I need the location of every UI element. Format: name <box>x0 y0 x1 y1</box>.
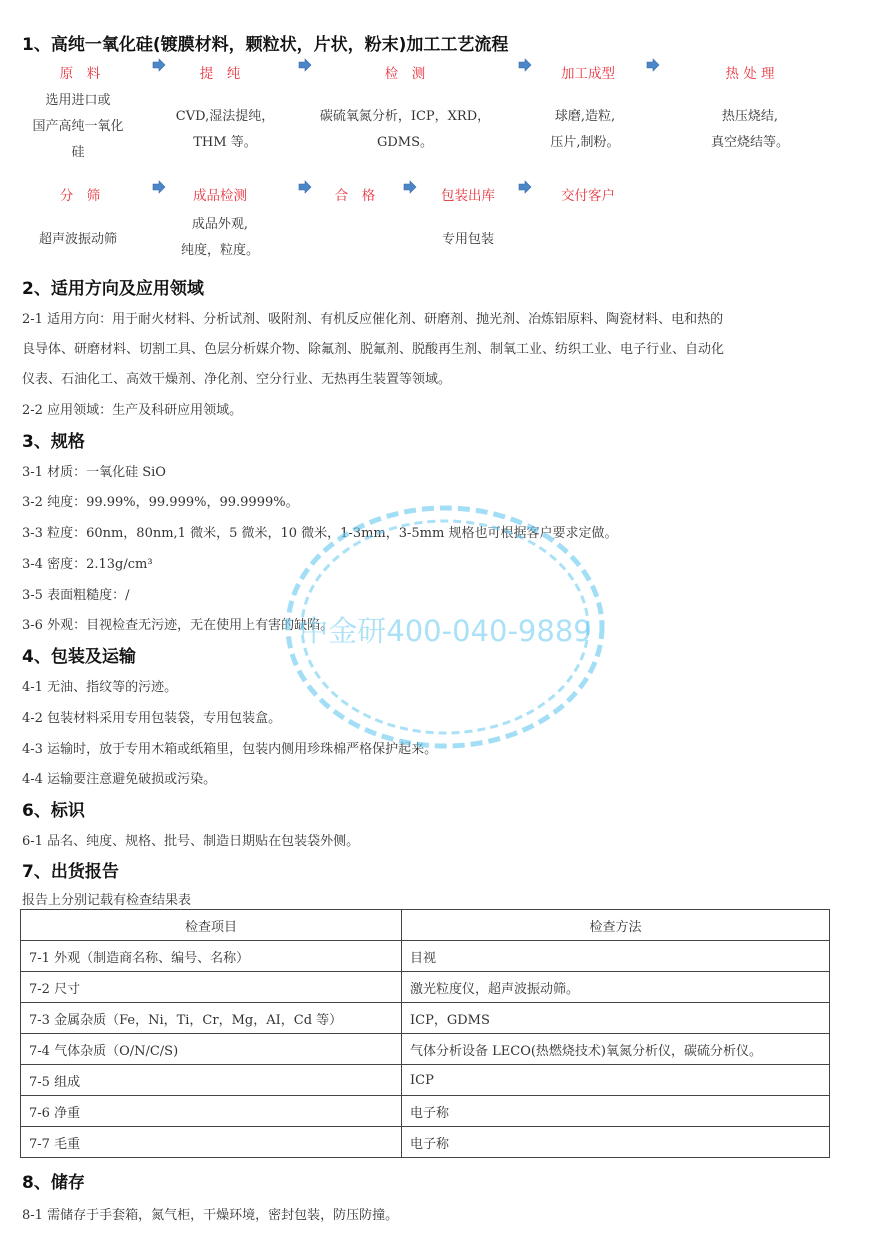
flow-step-heat-treatment: 热 处 理 <box>710 62 790 82</box>
section4-title: 4、包装及运输 <box>22 642 136 667</box>
spec-purity: 3-2 纯度：99.99%，99.999%，99.9999%。 <box>22 491 299 510</box>
right-arrow-icon <box>646 58 660 72</box>
right-arrow-icon <box>298 180 312 194</box>
packing-line: 4-2 包装材料采用专用包装袋，专用包装盒。 <box>22 707 281 726</box>
section3-title: 3、规格 <box>22 427 85 452</box>
packing-line: 4-1 无油、指纹等的污迹。 <box>22 676 177 695</box>
table-row: 7-5 组成 ICP <box>21 1065 830 1096</box>
right-arrow-icon <box>518 58 532 72</box>
table-cell: 7-3 金属杂质（Fe，Ni，Ti，Cr，Mg，AI，Cd 等） <box>21 1003 402 1034</box>
table-row: 7-1 外观（制造商名称、编号、名称） 目视 <box>21 941 830 972</box>
flow-step-packing: 包装出库 <box>428 184 508 204</box>
inspection-table: 检查项目 检查方法 7-1 外观（制造商名称、编号、名称） 目视 7-2 尺寸 … <box>20 909 830 1158</box>
flow-step-raw-material: 原 料 <box>40 62 120 82</box>
section2-line: 良导体、研磨材料、切割工具、色层分析媒介物、除氟剂、脱氟剂、脱酸再生剂、制氧工业… <box>22 338 724 357</box>
table-header-row: 检查项目 检查方法 <box>21 910 830 941</box>
right-arrow-icon <box>518 180 532 194</box>
table-cell: 7-5 组成 <box>21 1065 402 1096</box>
spec-material: 3-1 材质：一氧化硅 SiO <box>22 461 166 480</box>
flow-desc-purification: CVD,湿法提纯， THM 等。 <box>165 104 285 156</box>
section2-line: 仪表、石油化工、高效干燥剂、净化剂、空分行业、无热再生装置等领域。 <box>22 368 451 387</box>
flow-step-delivery: 交付客户 <box>548 184 628 204</box>
flow-desc-heat-treatment: 热压烧结, 真空烧结等。 <box>690 104 810 156</box>
spec-roughness: 3-5 表面粗糙度：/ <box>22 584 129 603</box>
flow-desc-forming: 球磨,造粒, 压片,制粉。 <box>540 104 630 156</box>
table-cell: 7-2 尺寸 <box>21 972 402 1003</box>
right-arrow-icon <box>298 58 312 72</box>
table-cell: 电子称 <box>402 1127 830 1158</box>
table-row: 7-2 尺寸 激光粒度仪，超声波振动筛。 <box>21 972 830 1003</box>
flow-desc-sieving: 超声波振动筛 <box>18 227 138 253</box>
table-cell: 气体分析设备 LECO(热燃烧技术)氧氮分析仪，碳硫分析仪。 <box>402 1034 830 1065</box>
flow-step-qualified: 合 格 <box>315 184 395 204</box>
table-cell: 目视 <box>402 941 830 972</box>
table-header: 检查项目 <box>21 910 402 941</box>
flow-step-forming: 加工成型 <box>548 62 628 82</box>
table-row: 7-3 金属杂质（Fe，Ni，Ti，Cr，Mg，AI，Cd 等） ICP，GDM… <box>21 1003 830 1034</box>
table-cell: 激光粒度仪，超声波振动筛。 <box>402 972 830 1003</box>
table-cell: 7-1 外观（制造商名称、编号、名称） <box>21 941 402 972</box>
spec-particle-size: 3-3 粒度：60nm，80nm,1 微米，5 微米，10 微米，1-3mm，3… <box>22 522 617 541</box>
flow-step-final-inspection: 成品检测 <box>180 184 260 204</box>
table-header: 检查方法 <box>402 910 830 941</box>
flow-desc-packing: 专用包装 <box>418 227 518 253</box>
section2-line: 2-1 适用方向：用于耐火材料、分析试剂、吸附剂、有机反应催化剂、研磨剂、抛光剂… <box>22 308 723 327</box>
flow-step-testing: 检 测 <box>365 62 445 82</box>
flow-desc-raw-material: 选用进口或 国产高纯一氧化 硅 <box>18 88 138 166</box>
section6-title: 6、标识 <box>22 796 85 821</box>
spec-density: 3-4 密度：2.13g/cm³ <box>22 553 153 572</box>
flow-desc-testing: 碳硫氧氮分析，ICP，XRD， GDMS。 <box>315 104 495 156</box>
right-arrow-icon <box>152 58 166 72</box>
table-cell: 7-6 净重 <box>21 1096 402 1127</box>
section1-title: 1、高纯一氧化硅(镀膜材料，颗粒状，片状，粉末)加工工艺流程 <box>22 30 508 55</box>
label-line: 6-1 品名、纯度、规格、批号、制造日期贴在包装袋外侧。 <box>22 830 359 849</box>
section2-line: 2-2 应用领域：生产及科研应用领域。 <box>22 399 242 418</box>
section8-title: 8、储存 <box>22 1168 85 1193</box>
table-cell: ICP，GDMS <box>402 1003 830 1034</box>
flow-step-purification: 提 纯 <box>180 62 260 82</box>
flow-desc-final-inspection: 成品外观, 纯度，粒度。 <box>170 212 270 264</box>
table-row: 7-6 净重 电子称 <box>21 1096 830 1127</box>
watermark-text: 中金研400-040-9889 <box>283 609 608 650</box>
report-intro: 报告上分别记载有检查结果表 <box>22 889 191 908</box>
table-cell: 电子称 <box>402 1096 830 1127</box>
flow-step-sieving: 分 筛 <box>40 184 120 204</box>
table-cell: 7-7 毛重 <box>21 1127 402 1158</box>
section2-title: 2、适用方向及应用领域 <box>22 274 204 299</box>
section7-title: 7、出货报告 <box>22 857 119 882</box>
storage-line: 8-1 需储存于手套箱，氮气柜，干燥环境，密封包装，防压防撞。 <box>22 1204 398 1223</box>
table-row: 7-4 气体杂质（O/N/C/S) 气体分析设备 LECO(热燃烧技术)氧氮分析… <box>21 1034 830 1065</box>
table-cell: 7-4 气体杂质（O/N/C/S) <box>21 1034 402 1065</box>
right-arrow-icon <box>403 180 417 194</box>
table-row: 7-7 毛重 电子称 <box>21 1127 830 1158</box>
right-arrow-icon <box>152 180 166 194</box>
table-cell: ICP <box>402 1065 830 1096</box>
packing-line: 4-3 运输时，放于专用木箱或纸箱里，包装内侧用珍珠棉严格保护起来。 <box>22 738 437 757</box>
packing-line: 4-4 运输要注意避免破损或污染。 <box>22 768 216 787</box>
